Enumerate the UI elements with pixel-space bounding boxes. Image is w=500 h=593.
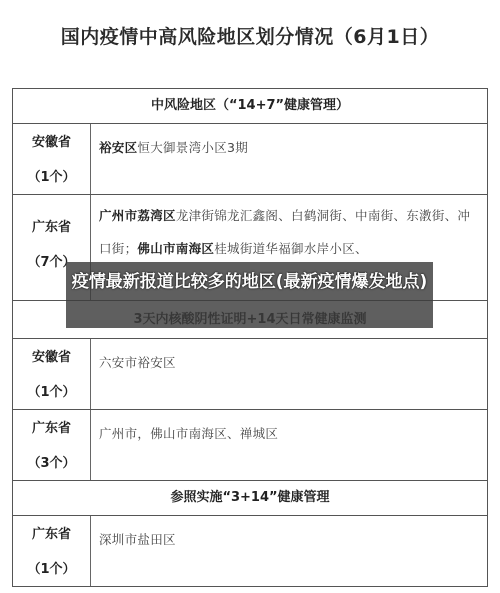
province-name: 安徽省 (13, 345, 90, 380)
area-bold-2: 佛山市南海区 (137, 241, 214, 256)
section-header-medium-risk: 中风险地区（“14+7”健康管理） (13, 89, 487, 124)
page-title: 国内疫情中高风险地区划分情况（6月1日） (0, 22, 500, 49)
province-cell: 安徽省 （1个） (13, 339, 91, 409)
province-name: 广东省 (13, 416, 90, 451)
province-cell: 广东省 （3个） (13, 410, 91, 480)
table-row: 广东省 （3个） 广州市，佛山市南海区、禅城区 (13, 410, 487, 481)
province-name: 安徽省 (13, 130, 90, 165)
caption-overlay: 疫情最新报道比较多的地区(最新疫情爆发地点) (66, 262, 433, 328)
province-count: （1个） (13, 557, 90, 592)
table-row: 安徽省 （1个） 裕安区恒大御景湾小区3期 (13, 124, 487, 195)
area-bold: 广州市荔湾区 (99, 208, 176, 223)
province-cell: 安徽省 （1个） (13, 124, 91, 194)
table-row: 广东省 （1个） 深圳市盐田区 (13, 516, 487, 586)
province-name: 广东省 (13, 215, 90, 250)
province-cell: 广东省 （1个） (13, 516, 91, 586)
areas-cell: 广州市，佛山市南海区、禅城区 (91, 410, 487, 480)
area-text: 恒大御景湾小区3期 (137, 140, 248, 155)
section-header-3-14: 参照实施“3+14”健康管理 (13, 481, 487, 516)
areas-cell: 深圳市盐田区 (91, 516, 487, 586)
areas-cell: 裕安区恒大御景湾小区3期 (91, 124, 487, 194)
caption-text: 疫情最新报道比较多的地区(最新疫情爆发地点) (66, 262, 433, 295)
province-count: （3个） (13, 451, 90, 486)
area-text-2: 桂城街道华福御水岸小区、 (214, 241, 368, 256)
province-name: 广东省 (13, 522, 90, 557)
areas-cell: 六安市裕安区 (91, 339, 487, 409)
area-bold: 裕安区 (99, 140, 137, 155)
table-row: 安徽省 （1个） 六安市裕安区 (13, 339, 487, 410)
risk-area-table: 中风险地区（“14+7”健康管理） 安徽省 （1个） 裕安区恒大御景湾小区3期 … (12, 88, 488, 587)
